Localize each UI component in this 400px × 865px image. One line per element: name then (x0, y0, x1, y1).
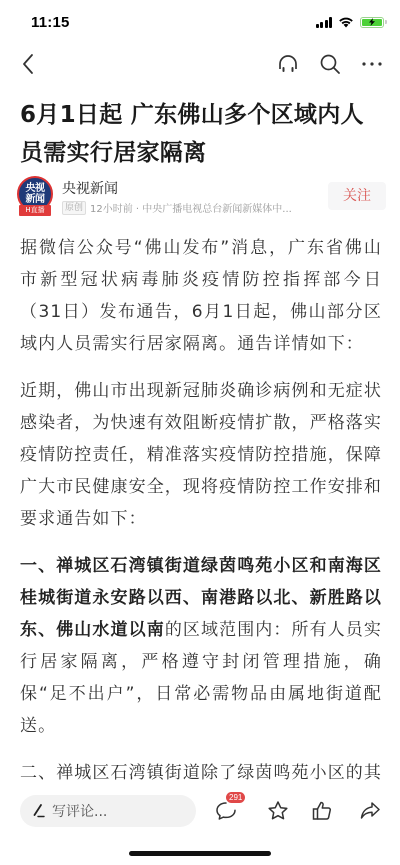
wifi-icon (338, 16, 354, 28)
share-button[interactable] (356, 797, 384, 825)
favorite-button[interactable] (264, 797, 292, 825)
avatar-line2: 新闻 (26, 194, 45, 205)
charging-bolt-icon (368, 18, 376, 26)
comment-input[interactable]: 写评论... (20, 795, 196, 827)
publish-info: 12小时前 · 中央广播电视总台新闻新媒体中... (90, 200, 292, 215)
more-horizontal-icon (361, 61, 383, 67)
paragraph: 一、禅城区石湾镇街道绿茵鸣苑小区和南海区桂城街道永安路以西、南港路以北、新胜路以… (20, 550, 382, 742)
bottom-toolbar: 写评论... 291 (0, 790, 400, 865)
search-button[interactable] (316, 50, 344, 78)
share-icon (358, 799, 382, 823)
signal-icon (316, 17, 333, 28)
paragraph-text: 据微信公众号“佛山发布”消息，广东省佛山市新型冠状病毒肺炎疫情防控指挥部今日（3… (20, 238, 382, 354)
avatar[interactable]: 央视 新闻 H直播 (16, 176, 54, 216)
comment-count-badge: 291 (226, 792, 245, 803)
author-name[interactable]: 央视新闻 (62, 178, 118, 198)
status-bar: 11:15 (0, 0, 400, 44)
chevron-left-icon (21, 53, 35, 75)
paragraph-text: 近期，佛山市出现新冠肺炎确诊病例和无症状感染者，为快速有效阻断疫情扩散，严格落实… (20, 381, 382, 529)
headphones-icon (277, 53, 299, 75)
thumbs-up-icon (310, 799, 334, 823)
nav-actions (274, 50, 386, 78)
article-title: 6月1日起 广东佛山多个区域内人员需实行居家隔离 (20, 96, 386, 172)
follow-button[interactable]: 关注 (328, 182, 386, 210)
back-button[interactable] (14, 50, 42, 78)
status-icons (316, 16, 385, 28)
paragraph: 据微信公众号“佛山发布”消息，广东省佛山市新型冠状病毒肺炎疫情防控指挥部今日（3… (20, 232, 382, 360)
listen-button[interactable] (274, 50, 302, 78)
pen-icon (32, 804, 46, 818)
author-meta: 原创 12小时前 · 中央广播电视总台新闻新媒体中... (62, 200, 292, 215)
like-button[interactable] (308, 797, 336, 825)
article-body: 据微信公众号“佛山发布”消息，广东省佛山市新型冠状病毒肺炎疫情防控指挥部今日（3… (20, 232, 382, 865)
nav-bar (0, 44, 400, 84)
avatar-line1: 央视 (26, 183, 45, 194)
home-indicator[interactable] (129, 851, 271, 856)
more-button[interactable] (358, 50, 386, 78)
original-tag: 原创 (62, 201, 86, 215)
search-icon (319, 53, 341, 75)
live-badge: H直播 (19, 205, 51, 216)
paragraph: 近期，佛山市出现新冠肺炎确诊病例和无症状感染者，为快速有效阻断疫情扩散，严格落实… (20, 375, 382, 535)
status-time: 11:15 (31, 14, 70, 31)
comment-placeholder: 写评论... (52, 801, 107, 821)
battery-icon (360, 17, 384, 28)
star-icon (266, 799, 290, 823)
author-row: 央视 新闻 H直播 央视新闻 原创 12小时前 · 中央广播电视总台新闻新媒体中… (16, 176, 386, 218)
